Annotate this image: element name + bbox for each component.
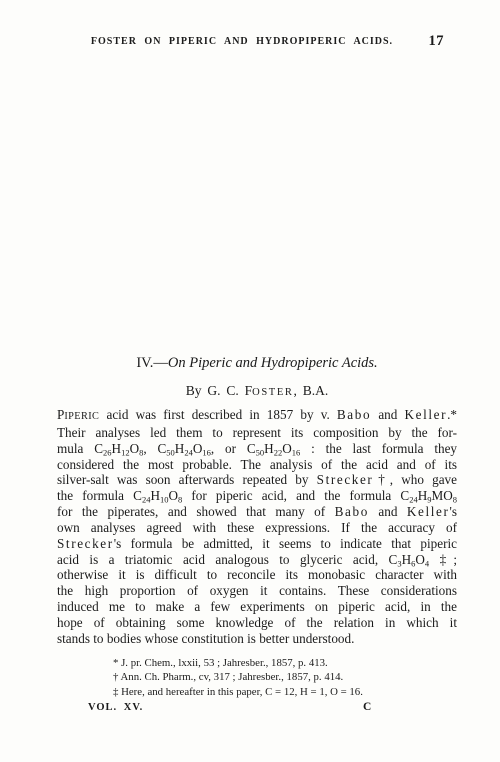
- body-paragraph: PIPERIC acid was first described in 1857…: [57, 407, 457, 647]
- body-line: considered the most probable. The analys…: [57, 457, 457, 473]
- body-line: induced me to make a few experiments on …: [57, 599, 457, 615]
- body-line: own analyses agreed with these expressio…: [57, 520, 457, 536]
- body-line: mula C26H12O8, C50H24O16, or C50H22O16 :…: [57, 441, 457, 457]
- footnote-line: † Ann. Ch. Pharm., cv, 317 ; Jahresber.,…: [113, 670, 453, 684]
- article-title-text: On Piperic and Hydropiperic Acids.: [168, 355, 378, 371]
- footnote-line: ‡ Here, and hereafter in this paper, C =…: [113, 685, 453, 699]
- body-line: Strecker's formula be admitted, it seems…: [57, 536, 457, 552]
- volume-label: VOL. XV.: [88, 702, 143, 713]
- body-line: stands to bodies whose constitution is b…: [57, 631, 457, 647]
- article-number: IV.—: [136, 355, 168, 371]
- body-line: otherwise it is difficult to reconcile i…: [57, 567, 457, 583]
- body-line: the high proportion of oxygen it contain…: [57, 583, 457, 599]
- page-number: 17: [429, 33, 445, 50]
- running-header: FOSTER ON PIPERIC AND HYDROPIPERIC ACIDS…: [57, 36, 457, 54]
- body-line: for the piperates, and showed that many …: [57, 504, 457, 520]
- footnotes-block: * J. pr. Chem., lxxii, 53 ; Jahresber., …: [113, 656, 453, 699]
- signature-mark: C: [363, 701, 371, 713]
- page-footer: VOL. XV. C: [57, 702, 457, 718]
- body-line: PIPERIC acid was first described in 1857…: [57, 407, 457, 425]
- body-line: hope of obtaining some knowledge of the …: [57, 615, 457, 631]
- body-line: acid is a triatomic acid analogous to gl…: [57, 552, 457, 568]
- body-line: silver-salt was soon afterwards repeated…: [57, 472, 457, 488]
- scanned-page: FOSTER ON PIPERIC AND HYDROPIPERIC ACIDS…: [0, 0, 500, 762]
- article-title: IV.—On Piperic and Hydropiperic Acids.: [57, 355, 457, 372]
- running-title: FOSTER ON PIPERIC AND HYDROPIPERIC ACIDS…: [57, 36, 457, 47]
- body-line: Their analyses led them to represent its…: [57, 425, 457, 441]
- footnote-line: * J. pr. Chem., lxxii, 53 ; Jahresber., …: [113, 656, 453, 670]
- article-byline: By G. C. FOSTER, B.A.: [57, 383, 457, 399]
- body-line: the formula C24H10O8 for piperic acid, a…: [57, 488, 457, 504]
